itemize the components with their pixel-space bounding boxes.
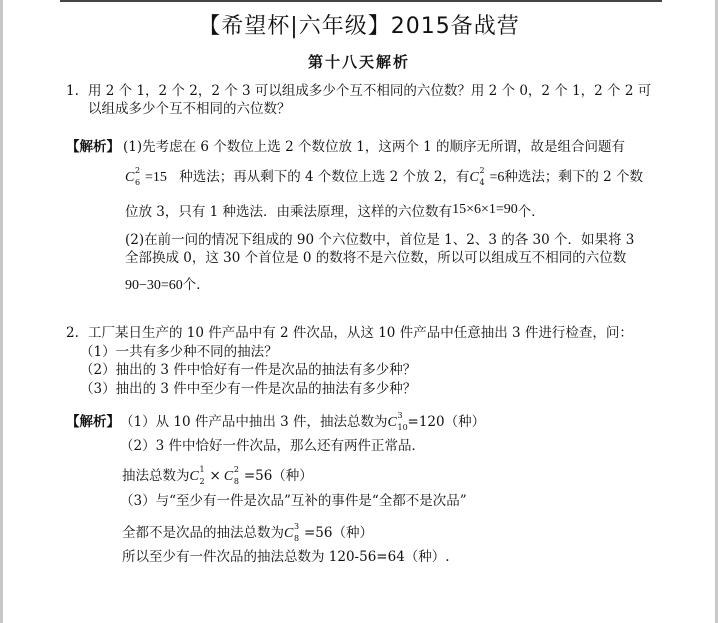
problem-1-question-line1: 用 2 个 1，2 个 2，2 个 3 可以组成多少个互不相同的六位数？用 2 … (88, 82, 651, 100)
analysis-2-line3: 抽法总数为C12×C28=56（种） (122, 467, 313, 486)
header-rule (60, 0, 662, 2)
problem-2-sub3: （3）抽出的 3 件中至少有一件是次品的抽法有多少种？ (80, 380, 416, 398)
problem-2-question: 工厂某日生产的 10 件产品中有 2 件次品，从这 10 件产品中任意抽出 3 … (88, 324, 633, 342)
page-edge-left (0, 0, 3, 623)
problem-2-number: 2. (66, 324, 79, 342)
analysis-2-line5: 全都不是次品的抽法总数为C38=56（种） (122, 524, 373, 543)
document-subtitle: 第十八天解析 (0, 51, 718, 72)
analysis-2-line2: （2）3 件中恰好一件次品，那么还有两件正常品． (120, 437, 425, 455)
problem-2-sub2: （2）抽出的 3 件中恰好有一件是次品的抽法有多少种？ (80, 361, 416, 379)
combination-formula: C38 (284, 524, 304, 543)
problem-1-number: 1. (66, 82, 79, 100)
analysis-2-line4: （3）与“至少有一件是次品”互补的事件是“全都不是次品” (120, 492, 467, 510)
analysis-label-2: 【解析】 (66, 413, 120, 431)
analysis-1-line5: 全部换成 0，这 30 个首位是 0 的数将不是六位数，所以可以组成互不相同的六… (125, 249, 626, 267)
combination-formula: C310 (388, 413, 408, 432)
document-title: 【希望杯|六年级】2015备战营 (0, 9, 718, 40)
combination-formula: C12 (190, 467, 210, 486)
problem-2-sub1: （1）一共有多少种不同的抽法？ (80, 343, 278, 361)
analysis-1-line6: 90−30=60个． (125, 276, 210, 295)
analysis-2-line6: 所以至少有一件次品的抽法总数为 120-56=64（种）. (122, 548, 450, 566)
combination-formula: C28 (224, 467, 244, 486)
analysis-1-line1: (1)先考虑在 6 个数位上选 2 个数位放 1，这两个 1 的顺序无所谓，故是… (123, 138, 625, 156)
problem-1-question-line2: 以组成多少个互不相同的六位数？ (88, 100, 291, 118)
analysis-2-line1: （1）从 10 件产品中抽出 3 件，抽法总数为C310=120（种） (120, 413, 485, 432)
combination-formula: C24 (469, 168, 489, 187)
combination-formula: C26 (125, 168, 145, 187)
analysis-1-line4: (2)在前一问的情况下组成的 90 个六位数中，首位是 1、2、3 的各 30 … (125, 231, 634, 249)
analysis-1-line2: C26=15 种选法；再从剩下的 4 个数位上选 2 个放 2，有C24=6种选… (125, 168, 643, 187)
analysis-label-1: 【解析】 (66, 138, 120, 156)
analysis-1-line3: 位放 3，只有 1 种选法．由乘法原理，这样的六位数有15×6×1=90个． (125, 203, 545, 222)
